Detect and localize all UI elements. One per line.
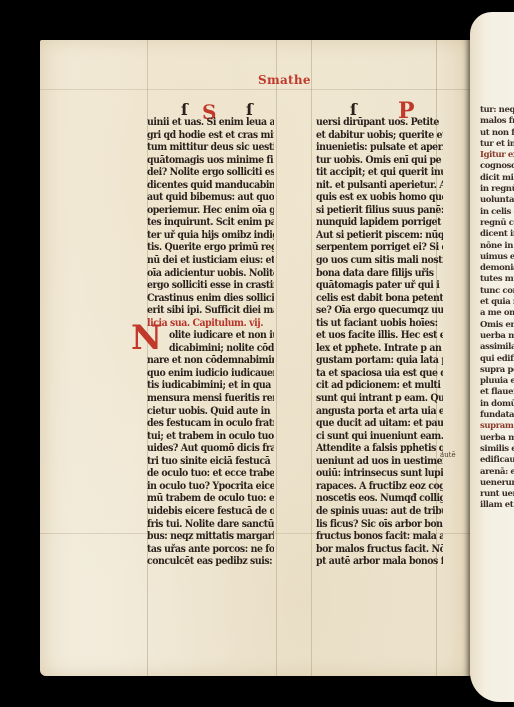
text-line: angusta porta et arta uia est	[316, 405, 443, 418]
text-line: uides? Aut quomō dicis fra	[147, 443, 274, 456]
text-line: malos fru	[480, 116, 514, 127]
text-line: Crastinus enim dies sollicitus	[147, 292, 274, 305]
text-line: tis iudicabimini; et in qua	[147, 380, 274, 393]
text-line: et dabitur uobis; querite et	[316, 129, 443, 142]
text-line: dicit mihi	[480, 173, 514, 184]
text-line: quis est ex uobis homo quē	[316, 192, 443, 205]
right-text-column: uersi dirūpant uos. Petite et dabitur uo…	[316, 117, 443, 569]
text-line: runt uenti et	[480, 489, 514, 500]
text-line: tas uřas ante porcos: ne forte	[147, 543, 274, 556]
text-line: nū dei et iusticiam eius: et hec	[147, 255, 274, 268]
text-line: tis ut faciant uobis hoīes:	[316, 317, 443, 330]
text-line: go uos cum sitis mali nostis	[316, 255, 443, 268]
text-line: Omis ergo	[480, 320, 514, 331]
text-line: bona data dare filijs uřis	[316, 267, 443, 280]
text-line: in domū illa	[480, 399, 514, 410]
running-head: Smathe	[258, 73, 311, 87]
text-line: des festucam in oculo fratris	[147, 418, 274, 431]
text-line: supram. Et o	[480, 421, 514, 432]
ruling-line	[276, 40, 277, 676]
text-line: que ducit ad uitam: et pau	[316, 418, 443, 431]
text-line: illam et cec	[480, 500, 514, 511]
text-line: et flauerunt	[480, 387, 514, 398]
text-line: pt autē arbor mala bonos fr	[316, 556, 443, 569]
text-line: celis est dabit bona petentib	[316, 292, 443, 305]
text-line: olite iudicare et non iu	[147, 330, 274, 343]
text-line: tri tuo sinite eiciā festucā	[147, 455, 274, 468]
text-line: edificauit	[480, 455, 514, 466]
text-line: ut non fac	[480, 128, 514, 139]
text-line: tur et in i	[480, 139, 514, 150]
text-line: uinii et uas. Si enim leua a	[147, 117, 274, 130]
text-line: quātomagis pater uř qui i	[316, 280, 443, 293]
text-line: tui; et trabem in oculo tuo nō	[147, 430, 274, 443]
text-line: ergo solliciti esse in crastinū.	[147, 280, 274, 293]
text-line: qui edifi	[480, 354, 514, 365]
text-line: bus: neqz mittatis margari	[147, 531, 274, 544]
text-line: se? Oīa ergo quecumqz uul	[316, 305, 443, 318]
text-line: erit sibi ipi. Sufficit diei ma	[147, 305, 274, 318]
text-line: fris tui. Nolite dare sanctū can	[147, 518, 274, 531]
text-line: cit ad pdicionem: et multi	[316, 380, 443, 393]
text-line: inuenietis: pulsate et aperie	[316, 142, 443, 155]
text-line: mū trabem de oculo tuo: et tūc	[147, 493, 274, 506]
next-page-curl: tur: neqz an malos fru ut non fac tur et…	[470, 12, 514, 702]
text-line: noscetis eos. Numqđ colligū	[316, 493, 443, 506]
text-line: cognoscetis	[480, 161, 514, 172]
text-line: Igitur ex	[480, 150, 514, 161]
text-line: Attendite a falsis pphetis q	[316, 443, 443, 456]
text-line: bor malos fructus facit. Nō	[316, 543, 443, 556]
text-line: gustam portam: quia lata po	[316, 355, 443, 368]
text-line: pluuia et uc	[480, 376, 514, 387]
text-line: tis. Querite ergo primū reg	[147, 242, 274, 255]
text-line: similis erit	[480, 444, 514, 455]
text-line: fructus bonos facit: mala ar	[316, 531, 443, 544]
text-line: arenā: et d	[480, 467, 514, 478]
text-line: uerba mea	[480, 331, 514, 342]
text-line: uerba mea	[480, 433, 514, 444]
text-line: et uos facite illis. Hec est ei	[316, 330, 443, 343]
text-line: nunquid lapidem porriget ei.	[316, 217, 443, 230]
chapter-rubric-line: licia sua. Capitulum. vij.	[147, 317, 274, 330]
text-line: uenerunt fl	[480, 478, 514, 489]
ruling-line	[311, 40, 312, 676]
text-line: tur uobis. Omis enī qui pe	[316, 154, 443, 167]
text-line: a me omne	[480, 308, 514, 319]
text-line: mensura mensi fueritis reme	[147, 393, 274, 406]
text-line: cietur uobis. Quid aute in	[147, 405, 274, 418]
text-line: tum mittitur deus sic uestit:	[147, 142, 274, 155]
text-line: conculcēt eas pedibz suis: et con	[147, 556, 274, 569]
text-line: dicentes quid manducabim	[147, 179, 274, 192]
text-line: tit accipit; et qui querit inue	[316, 167, 443, 180]
text-line: tunc confi	[480, 286, 514, 297]
text-line: uidebis eicere festucā de oculo	[147, 506, 274, 519]
text-line: uimus et i	[480, 252, 514, 263]
text-line: gri qd hodie est et cras mit	[147, 129, 274, 142]
text-line: dei? Nolite ergo solliciti esse	[147, 167, 274, 180]
text-line: ci sunt qui inueniunt eam.	[316, 430, 443, 443]
text-line: fundata e	[480, 410, 514, 421]
text-line: uersi dirūpant uos. Petite	[316, 117, 443, 130]
text-line: in celis est	[480, 207, 514, 218]
text-line: quātomagis uos minime fi	[147, 154, 274, 167]
text-line: serpentem porriget ei? Si er	[316, 242, 443, 255]
ruling-line	[40, 89, 472, 90]
text-line: assimilab	[480, 342, 514, 353]
text-line: tur: neqz an	[480, 105, 514, 116]
text-line: supra petr	[480, 365, 514, 376]
text-line: demonia	[480, 263, 514, 274]
text-line: sunt qui intrant p eam. Quā	[316, 393, 443, 406]
text-line: ueniunt ad uos in uestimentis	[316, 455, 443, 468]
text-line: dicent in illa	[480, 229, 514, 240]
text-line: nit. et pulsanti aperietur. Aut	[316, 179, 443, 192]
text-line: nare et non cōdemnabimini: in	[147, 355, 274, 368]
text-line: lis ficus? Sic oīs arbor bona	[316, 518, 443, 531]
text-line: et quia nū	[480, 297, 514, 308]
text-line: tutes mu	[480, 274, 514, 285]
left-text-column: uinii et uas. Si enim leua a gri qd hodi…	[147, 117, 274, 569]
text-line: de spinis uuas: aut de tribu	[316, 506, 443, 519]
text-line: in regnū	[480, 184, 514, 195]
text-line: aut quid bibemus: aut quo	[147, 192, 274, 205]
text-line: tes inquirunt. Scit enim pa	[147, 217, 274, 230]
text-line: uoluntate	[480, 195, 514, 206]
text-line: nōne in uo	[480, 241, 514, 252]
text-line: oīa adicientur uobis. Nolite	[147, 267, 274, 280]
text-line: regnū cel	[480, 218, 514, 229]
text-line: ouiū: intrinsecus sunt lupi	[316, 468, 443, 481]
marginal-note: autē	[440, 451, 456, 459]
next-page-text: tur: neqz an malos fru ut non fac tur et…	[480, 105, 514, 512]
text-line: de oculo tuo: et ecce trabes est	[147, 468, 274, 481]
